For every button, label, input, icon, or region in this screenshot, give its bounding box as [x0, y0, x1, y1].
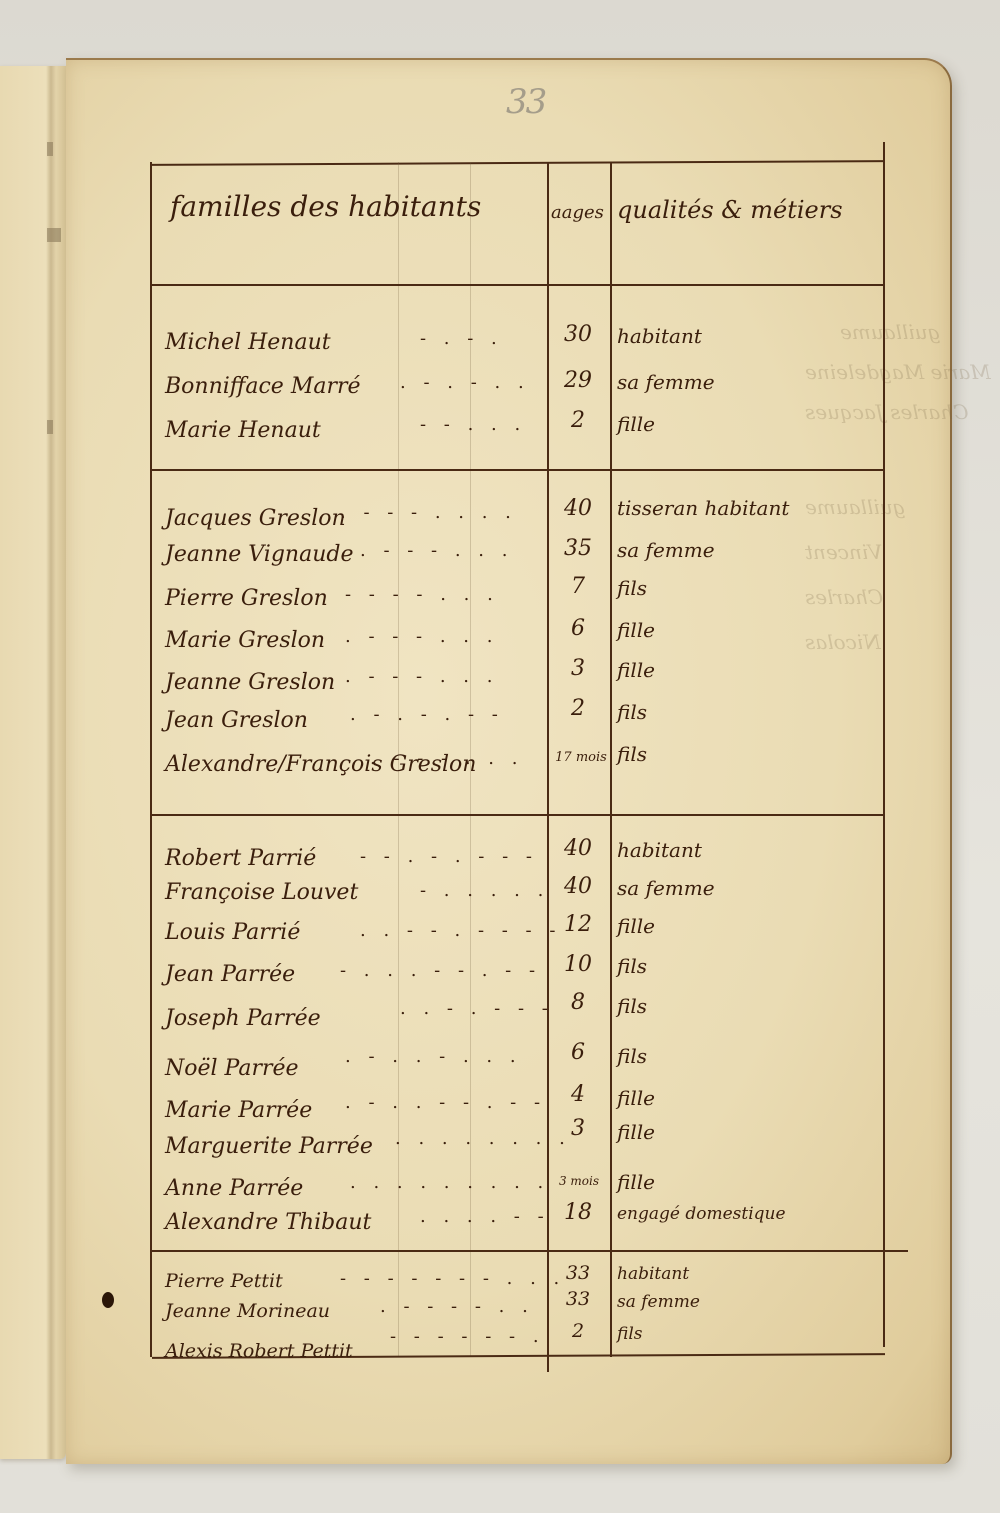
- leader-dots: - - . . .: [420, 414, 526, 435]
- person-quality: fils: [617, 994, 647, 1018]
- header-families: familles des habitants: [170, 190, 481, 223]
- person-quality: habitant: [617, 1264, 689, 1284]
- person-age: 40: [549, 836, 607, 861]
- person-name: Jeanne Morineau: [165, 1300, 330, 1322]
- person-age: 33: [549, 1288, 607, 1310]
- person-quality: fils: [617, 1044, 647, 1068]
- left-page-edge: [0, 66, 66, 1459]
- person-name: Pierre Greslon: [165, 586, 328, 611]
- person-age: 6: [549, 1040, 607, 1065]
- person-quality: fille: [617, 1086, 655, 1110]
- quality-column-rule: [610, 162, 612, 1357]
- person-age: 3: [549, 1116, 607, 1141]
- leader-dots: . - . - . .: [400, 372, 530, 393]
- person-name: Bonnifface Marré: [165, 374, 361, 399]
- person-age: 2: [549, 1320, 607, 1342]
- ink-blot: [102, 1292, 114, 1308]
- family-separator: [150, 1250, 908, 1252]
- leader-dots: . . - . - - -: [400, 998, 554, 1019]
- leader-dots: - - - - . . .: [345, 584, 499, 605]
- person-quality: fils: [617, 700, 647, 724]
- person-quality: sa femme: [617, 370, 715, 394]
- person-age: 35: [549, 536, 607, 561]
- person-name: Jacques Greslon: [165, 506, 346, 531]
- binding-stitch: [47, 228, 61, 242]
- person-name: Joseph Parrée: [165, 1006, 321, 1031]
- leader-dots: - - - - - - .: [390, 1326, 545, 1347]
- person-quality: fille: [617, 914, 655, 938]
- person-quality: sa femme: [617, 538, 715, 562]
- leader-dots: . - - - . . .: [370, 748, 523, 769]
- person-age: 2: [549, 408, 607, 433]
- leader-dots: - - - - - - - . . .: [340, 1268, 565, 1289]
- leader-dots: . - - - . . .: [345, 626, 498, 647]
- leader-dots: . . . . - -: [420, 1206, 550, 1227]
- person-quality: habitant: [617, 324, 702, 348]
- person-name: Michel Henaut: [165, 330, 331, 355]
- leader-dots: . - - - - . .: [380, 1296, 534, 1317]
- person-name: Anne Parrée: [165, 1176, 303, 1201]
- leader-dots: - . . . - - . - -: [340, 960, 541, 981]
- person-age: 7: [549, 574, 607, 599]
- person-age: 40: [549, 496, 607, 521]
- person-quality: habitant: [617, 838, 702, 862]
- person-name: Marguerite Parrée: [165, 1134, 373, 1159]
- leader-dots: - - . - . - - -: [360, 846, 538, 867]
- person-name: Marie Henaut: [165, 418, 321, 443]
- person-quality: fille: [617, 1120, 655, 1144]
- person-name: Noël Parrée: [165, 1056, 299, 1081]
- header-bottom-rule: [150, 284, 885, 286]
- leader-dots: . - - - . . .: [360, 540, 513, 561]
- person-age: 17 mois: [552, 750, 610, 765]
- person-age: 30: [549, 322, 607, 347]
- person-quality: engagé domestique: [617, 1204, 786, 1224]
- binding-stitch: [47, 142, 53, 156]
- person-quality: fille: [617, 618, 655, 642]
- leader-dots: . - . - . - -: [350, 704, 504, 725]
- person-age: 6: [549, 616, 607, 641]
- person-age: 29: [549, 368, 607, 393]
- person-age: 33: [549, 1262, 607, 1284]
- person-name: Jeanne Vignaude: [165, 542, 353, 567]
- leader-dots: . - - - . . .: [345, 666, 498, 687]
- binding-stitch: [47, 420, 53, 434]
- person-age: 3 mois: [550, 1174, 608, 1188]
- leader-dots: . - . . - . . .: [345, 1046, 522, 1067]
- leader-dots: . - - - . . . .: [340, 502, 517, 523]
- person-name: Jean Parrée: [165, 962, 295, 987]
- person-age: 40: [549, 874, 607, 899]
- leader-dots: . . - - . - - - -: [360, 920, 561, 941]
- page-number: 33: [506, 82, 545, 122]
- person-quality: fils: [617, 576, 647, 600]
- person-name: Robert Parrié: [165, 846, 316, 871]
- person-name: Marie Parrée: [165, 1098, 312, 1123]
- person-quality: fille: [617, 1170, 655, 1194]
- header-qualities: qualités & métiers: [617, 196, 843, 224]
- person-name: Jeanne Greslon: [165, 670, 335, 695]
- person-age: 3: [549, 656, 607, 681]
- person-quality: tisseran habitant: [617, 496, 789, 520]
- person-name: Alexis Robert Pettit: [165, 1340, 353, 1362]
- person-quality: sa femme: [617, 876, 715, 900]
- person-age: 18: [549, 1200, 607, 1225]
- person-age: 2: [549, 696, 607, 721]
- leader-dots: . . . . . . . . .: [350, 1172, 549, 1193]
- leader-dots: - . . . . .: [420, 880, 549, 901]
- person-age: 8: [549, 990, 607, 1015]
- person-name: Pierre Pettit: [165, 1270, 283, 1292]
- person-quality: fils: [617, 1324, 643, 1344]
- family-separator: [150, 814, 885, 816]
- person-name: Louis Parrié: [165, 920, 300, 945]
- person-name: Marie Greslon: [165, 628, 325, 653]
- leader-dots: . . . . . . . .: [395, 1128, 571, 1149]
- person-age: 12: [549, 912, 607, 937]
- person-quality: fille: [617, 658, 655, 682]
- person-quality: fille: [617, 412, 655, 436]
- leader-dots: . - . . - - . - -: [345, 1092, 546, 1113]
- table-right-rule: [883, 142, 885, 1347]
- person-name: Jean Greslon: [165, 708, 308, 733]
- person-quality: fils: [617, 954, 647, 978]
- person-quality: sa femme: [617, 1292, 700, 1312]
- leader-dots: - . - .: [420, 328, 503, 349]
- header-ages: aages: [551, 202, 604, 223]
- person-age: 10: [549, 952, 607, 977]
- person-age: 4: [549, 1082, 607, 1107]
- person-quality: fils: [617, 742, 647, 766]
- table-left-rule: [150, 162, 152, 1357]
- person-name: Françoise Louvet: [165, 880, 358, 905]
- person-name: Alexandre Thibaut: [165, 1210, 371, 1235]
- family-separator: [150, 469, 885, 471]
- book-gutter: [46, 66, 56, 1459]
